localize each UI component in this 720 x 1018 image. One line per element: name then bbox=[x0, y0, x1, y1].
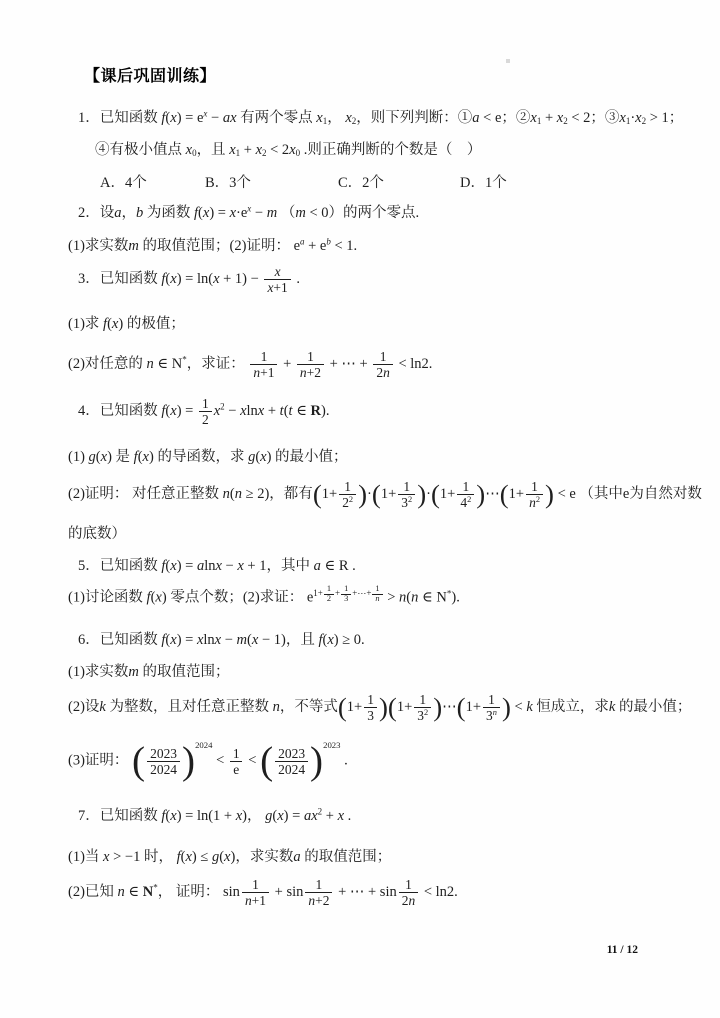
fraction: xx+1 bbox=[264, 264, 290, 295]
text-run: < ln2. bbox=[395, 356, 433, 372]
xl-paren: ( bbox=[260, 740, 273, 783]
denominator: 2n bbox=[399, 892, 418, 908]
text-run: < 2；③ bbox=[568, 110, 620, 126]
numerator: 1 bbox=[372, 585, 382, 594]
text-run: > bbox=[384, 590, 399, 606]
denominator: 3n bbox=[483, 707, 500, 723]
big-paren: ) bbox=[433, 692, 442, 722]
superscript: n bbox=[493, 708, 497, 717]
denominator: 2024 bbox=[275, 761, 308, 777]
text-run: 恒成立，求 bbox=[533, 699, 609, 715]
text-run: ∈ R . bbox=[321, 558, 356, 574]
big-paren: ) bbox=[545, 479, 554, 509]
math-bold: R bbox=[311, 403, 321, 419]
text-run: (2)证明： 对任意正整数 bbox=[68, 486, 223, 502]
math-bold: N bbox=[143, 884, 153, 900]
numerator: 2023 bbox=[275, 746, 308, 761]
denominator: n+1 bbox=[242, 892, 269, 908]
text-run: + e bbox=[305, 238, 327, 254]
big-paren: ) bbox=[358, 479, 367, 509]
numerator: 1 bbox=[313, 877, 326, 892]
text-run: ) = ln(1 + bbox=[177, 808, 236, 824]
text-run: (1)求 bbox=[68, 316, 103, 332]
text-run: ) ≥ 0. bbox=[334, 632, 365, 648]
text-run: . bbox=[293, 271, 300, 287]
fraction: 12n bbox=[399, 877, 418, 908]
fraction: 1e bbox=[230, 746, 243, 777]
text-run: ∈ N bbox=[418, 590, 446, 606]
denominator: n+1 bbox=[250, 364, 277, 380]
text-run: 1 bbox=[327, 584, 331, 593]
text-run: ， bbox=[122, 205, 137, 221]
big-paren: ( bbox=[313, 479, 322, 509]
text-run: ln bbox=[247, 403, 258, 419]
problem-1-line-1: 1．已知函数 f(x) = ex − ax 有两个零点 x1， x2，则下列判断… bbox=[78, 108, 683, 129]
math-variable: a bbox=[472, 110, 479, 126]
text-run: 的最小值； bbox=[615, 699, 691, 715]
text-run: 2 bbox=[202, 412, 209, 427]
big-paren: ( bbox=[338, 692, 347, 722]
text-run: < e；② bbox=[480, 110, 531, 126]
fraction: 1n+2 bbox=[305, 877, 332, 908]
numerator: 2023 bbox=[147, 746, 180, 761]
text-run: ). bbox=[321, 403, 329, 419]
problem-4-sub-2: (2)证明： 对任意正整数 n(n ≥ 2)，都有(1+122)·(1+132)… bbox=[68, 479, 702, 510]
math-variable: m bbox=[267, 205, 277, 221]
superscript: 2 bbox=[408, 495, 412, 504]
text-run: 1 bbox=[405, 877, 412, 892]
fraction: 12n bbox=[373, 349, 392, 380]
fraction: 13 bbox=[364, 692, 377, 723]
problem-4-line-3: 的底数） bbox=[68, 524, 126, 545]
text-run: . bbox=[340, 753, 347, 769]
text-run: ) ≤ bbox=[192, 849, 212, 865]
text-run: − bbox=[207, 110, 222, 126]
text-run: 1+ bbox=[347, 699, 362, 715]
problem-7-sub-2: (2)已知 n ∈ N*， 证明： sin1n+1 + sin1n+2 + ⋯ … bbox=[68, 877, 458, 908]
text-run: +1 bbox=[273, 280, 287, 295]
numerator: 1 bbox=[304, 349, 317, 364]
text-run: + bbox=[264, 403, 279, 419]
denominator: x+1 bbox=[264, 279, 290, 295]
fraction: 20232024 bbox=[275, 746, 308, 777]
section-header: 【课后巩固训练】 bbox=[84, 66, 216, 87]
problem-6-sub-3: (3)证明： (20232024)2024 < 1e < (20232024)2… bbox=[68, 745, 348, 777]
text-run: ) = bbox=[209, 205, 229, 221]
text-run: 【课后巩固训练】 bbox=[84, 68, 216, 85]
problem-4-line-1: 4．已知函数 f(x) = 12x2 − xlnx + t(t ∈ R). bbox=[78, 396, 330, 427]
text-run: 1 bbox=[462, 479, 469, 494]
text-run: + sin bbox=[271, 884, 303, 900]
text-run: 的取值范围； bbox=[301, 849, 392, 865]
problem-7-sub-1: (1)当 x > −1 时， f(x) ≤ g(x)，求实数a 的取值范围； bbox=[68, 847, 391, 868]
fraction: 1n+2 bbox=[297, 349, 324, 380]
denominator: 32 bbox=[414, 707, 431, 723]
fraction: 1n2 bbox=[526, 479, 543, 510]
text-run: 3 bbox=[367, 708, 374, 723]
choice-b: B．3个 bbox=[205, 173, 251, 194]
text-run: . bbox=[344, 808, 351, 824]
text-run: + ⋯ + bbox=[326, 356, 371, 372]
text-run: ) = bbox=[177, 632, 197, 648]
text-run: 1+ bbox=[397, 699, 412, 715]
math-variable: g bbox=[89, 449, 96, 465]
problem-1-line-2: ④有极小值点 x0，且 x1 + x2 < 2x0 .则正确判断的个数是（ ） bbox=[95, 140, 481, 161]
text-run: 2023 bbox=[323, 740, 340, 750]
text-run: 有两个零点 bbox=[237, 110, 317, 126]
denominator: e bbox=[230, 761, 242, 777]
fraction: 13 bbox=[341, 585, 351, 604]
text-run: 2 bbox=[349, 495, 353, 504]
denominator: n+2 bbox=[297, 364, 324, 380]
text-run: ，求证： bbox=[187, 356, 249, 372]
xl-paren: ) bbox=[310, 740, 323, 783]
math-variable: n bbox=[273, 699, 280, 715]
text-run: ln bbox=[204, 558, 215, 574]
text-run: ⋯ bbox=[485, 486, 500, 502]
text-run: ·e bbox=[236, 205, 247, 221]
text-run: > 1； bbox=[646, 110, 683, 126]
text-run: 的取值范围； bbox=[139, 664, 230, 680]
text-run: ， 证明： sin bbox=[158, 884, 240, 900]
numerator: 1 bbox=[364, 692, 377, 707]
text-run: ). bbox=[451, 590, 459, 606]
text-run: (1)讨论函数 bbox=[68, 590, 147, 606]
math-variable: m bbox=[128, 664, 138, 680]
problem-5-sub-1-2: (1)讨论函数 f(x) 零点个数；(2)求证： e1+12+13+⋯+1n >… bbox=[68, 585, 460, 609]
text-run: 1 bbox=[531, 479, 538, 494]
text-run: 1 bbox=[488, 692, 495, 707]
numerator: 1 bbox=[400, 479, 413, 494]
numerator: 1 bbox=[230, 746, 243, 761]
text-run: < bbox=[511, 699, 526, 715]
choice-c: C．2个 bbox=[338, 173, 384, 194]
text-run: +2 bbox=[307, 365, 321, 380]
math-variable: n bbox=[118, 884, 125, 900]
text-run: .则正确判断的个数是（ ） bbox=[300, 142, 481, 158]
text-run: ) = bbox=[177, 558, 197, 574]
choice-a: A．4个 bbox=[100, 173, 147, 194]
text-run: 1 bbox=[403, 479, 410, 494]
text-run: 1 bbox=[344, 584, 348, 593]
text-run: ) 的极值； bbox=[118, 316, 184, 332]
text-run: 1+ bbox=[509, 486, 524, 502]
text-run: + 1，其中 bbox=[244, 558, 314, 574]
math-variable: m bbox=[237, 632, 247, 648]
text-run: ，且 bbox=[197, 142, 230, 158]
math-variable: n bbox=[493, 708, 497, 717]
denominator: 3 bbox=[341, 594, 351, 604]
math-variable: n bbox=[375, 594, 379, 603]
text-run: +1 bbox=[252, 893, 266, 908]
numerator: 1 bbox=[528, 479, 541, 494]
denominator: n+2 bbox=[305, 892, 332, 908]
text-run: +2 bbox=[315, 893, 329, 908]
text-run: < bbox=[245, 753, 260, 769]
text-run: 1 bbox=[307, 349, 314, 364]
text-run: （ bbox=[277, 205, 295, 221]
math-variable: m bbox=[295, 205, 305, 221]
text-run: 1 bbox=[316, 877, 323, 892]
fraction: 1n+1 bbox=[242, 877, 269, 908]
text-run: 4．已知函数 bbox=[78, 403, 161, 419]
problem-2-line-2: (1)求实数m 的取值范围；(2)证明： ea + eb < 1. bbox=[68, 236, 357, 257]
text-run: > −1 时， bbox=[109, 849, 176, 865]
text-run: (1)求实数 bbox=[68, 238, 128, 254]
text-run: + bbox=[541, 110, 556, 126]
problem-6-line-1: 6．已知函数 f(x) = xlnx − m(x − 1)，且 f(x) ≥ 0… bbox=[78, 630, 365, 651]
numerator: 1 bbox=[377, 349, 390, 364]
math-variable: x bbox=[275, 264, 281, 279]
text-run: 1 bbox=[261, 349, 268, 364]
text-run: < 2 bbox=[267, 142, 290, 158]
text-run: (1) bbox=[68, 449, 89, 465]
big-paren: ) bbox=[502, 692, 511, 722]
numerator: 1 bbox=[402, 877, 415, 892]
numerator: 1 bbox=[459, 479, 472, 494]
xl-paren: ) bbox=[182, 740, 195, 783]
text-run: ≥ 2)，都有 bbox=[242, 486, 313, 502]
problem-3-sub-2: (2)对任意的 n ∈ N*，求证： 1n+1 + 1n+2 + ⋯ + 12n… bbox=[68, 349, 432, 380]
text-run: 1 bbox=[233, 746, 240, 761]
text-run: 2024 bbox=[195, 740, 212, 750]
text-run: ) = bbox=[284, 808, 304, 824]
math-variable: m bbox=[128, 238, 138, 254]
text-run: 3 bbox=[344, 594, 348, 603]
text-run: ) 是 bbox=[107, 449, 134, 465]
big-paren: ) bbox=[417, 479, 426, 509]
math-variable: n bbox=[408, 893, 415, 908]
text-run: + bbox=[322, 808, 337, 824]
fraction: 12 bbox=[324, 585, 334, 604]
denominator: 2 bbox=[324, 594, 334, 604]
big-paren: ( bbox=[457, 692, 466, 722]
text-run: ) 的最小值； bbox=[267, 449, 348, 465]
superscript: 2 bbox=[424, 708, 428, 717]
text-run: 2 bbox=[408, 495, 412, 504]
text-run: − bbox=[222, 558, 237, 574]
fraction: 13n bbox=[483, 692, 500, 723]
text-run: )，求实数 bbox=[230, 849, 293, 865]
numerator: 1 bbox=[341, 479, 354, 494]
numerator: 1 bbox=[199, 396, 212, 411]
text-run: ④有极小值点 bbox=[95, 142, 186, 158]
fraction: 12 bbox=[199, 396, 212, 427]
text-run: 1+ bbox=[381, 486, 396, 502]
text-run: 2 bbox=[424, 708, 428, 717]
math-variable: n bbox=[147, 356, 154, 372]
text-run: ∈ bbox=[293, 403, 311, 419]
text-run: ) 的导函数，求 bbox=[149, 449, 248, 465]
text-run: 7．已知函数 bbox=[78, 808, 161, 824]
text-run: + bbox=[279, 356, 294, 372]
math-variable: n bbox=[529, 495, 536, 510]
text-run: − bbox=[221, 632, 236, 648]
superscript: 1+12+13+⋯+1n bbox=[313, 588, 383, 598]
problem-6-sub-1: (1)求实数m 的取值范围； bbox=[68, 662, 230, 683]
math-variable: a bbox=[114, 205, 121, 221]
problem-2-line-1: 2．设a，b 为函数 f(x) = x·ex − m （m < 0）的两个零点. bbox=[78, 203, 419, 224]
text-run: 1 bbox=[252, 877, 259, 892]
text-run: < 1. bbox=[331, 238, 357, 254]
text-run: ∈ bbox=[125, 884, 143, 900]
text-run: 1+ bbox=[440, 486, 455, 502]
text-run: 1 bbox=[367, 692, 374, 707]
text-run: 1+ bbox=[322, 486, 337, 502]
text-run: 1 bbox=[419, 692, 426, 707]
text-run: (3)证明： bbox=[68, 753, 132, 769]
text-run: 为函数 bbox=[143, 205, 194, 221]
text-run: ，不等式 bbox=[280, 699, 338, 715]
problem-6-sub-2: (2)设k 为整数，且对任意正整数 n，不等式(1+13)(1+132)⋯(1+… bbox=[68, 692, 691, 723]
denominator: 22 bbox=[339, 494, 356, 510]
text-run: ) = bbox=[177, 403, 197, 419]
problem-3-sub-1: (1)求 f(x) 的极值； bbox=[68, 314, 185, 335]
text-run: < 0）的两个零点. bbox=[306, 205, 419, 221]
denominator: n bbox=[372, 594, 382, 604]
text-run: ) = e bbox=[177, 110, 204, 126]
text-run: 1 bbox=[344, 479, 351, 494]
text-run: 1 bbox=[202, 396, 209, 411]
text-run: (2)已知 bbox=[68, 884, 118, 900]
denominator: 3 bbox=[364, 707, 377, 723]
numerator: 1 bbox=[341, 585, 351, 594]
big-paren: ( bbox=[372, 479, 381, 509]
document-page: 11 / 12 【课后巩固训练】1．已知函数 f(x) = ex − ax 有两… bbox=[0, 0, 720, 1018]
text-run: 2024 bbox=[278, 762, 305, 777]
denominator: 2n bbox=[373, 364, 392, 380]
text-run: 2．设 bbox=[78, 205, 114, 221]
text-run: 3 bbox=[401, 495, 408, 510]
problem-3-line-1: 3．已知函数 f(x) = ln(x + 1) − xx+1 . bbox=[78, 264, 300, 295]
fraction: 1n bbox=[372, 585, 382, 604]
text-run: (2)对任意的 bbox=[68, 356, 147, 372]
text-run: 1．已知函数 bbox=[78, 110, 161, 126]
math-variable: n bbox=[383, 365, 390, 380]
text-run: 2023 bbox=[150, 746, 177, 761]
xl-paren: ( bbox=[132, 740, 145, 783]
math-variable: n bbox=[235, 486, 242, 502]
text-run: 3 bbox=[486, 708, 493, 723]
text-run: 2 bbox=[536, 495, 540, 504]
text-run: 1+ bbox=[466, 699, 481, 715]
math-variable: ax bbox=[304, 808, 318, 824]
text-run: 2023 bbox=[278, 746, 305, 761]
text-run: ⋯ bbox=[442, 699, 457, 715]
denominator: n2 bbox=[526, 494, 543, 510]
text-run: + 1) − bbox=[220, 271, 263, 287]
big-paren: ( bbox=[431, 479, 440, 509]
superscript: 2 bbox=[536, 495, 540, 504]
superscript: 2 bbox=[349, 495, 353, 504]
big-paren: ( bbox=[500, 479, 509, 509]
text-run: + ⋯ + sin bbox=[334, 884, 396, 900]
math-variable: ax bbox=[223, 110, 237, 126]
problem-7-line-1: 7．已知函数 f(x) = ln(1 + x)， g(x) = ax2 + x … bbox=[78, 806, 351, 827]
big-paren: ) bbox=[379, 692, 388, 722]
choice-d: D．1个 bbox=[460, 173, 507, 194]
text-run: 2024 bbox=[150, 762, 177, 777]
text-run: ， bbox=[327, 110, 345, 126]
text-run: )， bbox=[242, 808, 265, 824]
fraction: 122 bbox=[339, 479, 356, 510]
denominator: 2 bbox=[199, 411, 212, 427]
text-run: < e （其中e为自然对数 bbox=[554, 486, 702, 502]
big-paren: ( bbox=[388, 692, 397, 722]
problem-4-sub-1: (1) g(x) 是 f(x) 的导函数，求 g(x) 的最小值； bbox=[68, 447, 348, 468]
numerator: 1 bbox=[258, 349, 271, 364]
text-run: − 1)，且 bbox=[258, 632, 318, 648]
denominator: 32 bbox=[398, 494, 415, 510]
text-run: + bbox=[240, 142, 255, 158]
fraction: 132 bbox=[414, 692, 431, 723]
text-run: e bbox=[233, 762, 239, 777]
text-run: 3 bbox=[417, 708, 424, 723]
text-run: ∈ N bbox=[154, 356, 182, 372]
fraction: 132 bbox=[398, 479, 415, 510]
page-number: 11 / 12 bbox=[607, 944, 638, 956]
text-run: − bbox=[251, 205, 266, 221]
text-run: 1+ bbox=[313, 588, 323, 598]
text-run: < ln2. bbox=[420, 884, 458, 900]
big-paren: ) bbox=[476, 479, 485, 509]
numerator: 1 bbox=[485, 692, 498, 707]
fraction: 1n+1 bbox=[250, 349, 277, 380]
superscript: 2 bbox=[467, 495, 471, 504]
scan-artifact-dot bbox=[506, 59, 510, 63]
text-run: 1 bbox=[380, 349, 387, 364]
text-run: + bbox=[335, 588, 340, 598]
text-run: < bbox=[212, 753, 227, 769]
text-run: − bbox=[225, 403, 240, 419]
math-variable: n bbox=[245, 893, 252, 908]
text-run: 2 bbox=[342, 495, 349, 510]
text-run: 为整数，且对任意正整数 bbox=[106, 699, 273, 715]
text-run: ln bbox=[203, 632, 214, 648]
text-run: 6．已知函数 bbox=[78, 632, 161, 648]
text-run: ，则下列判断：① bbox=[356, 110, 472, 126]
math-variable: n bbox=[300, 365, 307, 380]
text-run: 5．已知函数 bbox=[78, 558, 161, 574]
text-run: +⋯+ bbox=[352, 588, 371, 598]
numerator: x bbox=[272, 264, 284, 279]
math-variable: a bbox=[314, 558, 321, 574]
math-variable: n bbox=[223, 486, 230, 502]
denominator: 42 bbox=[457, 494, 474, 510]
problem-5-line-1: 5．已知函数 f(x) = alnx − x + 1，其中 a ∈ R . bbox=[78, 556, 356, 577]
text-run: 3．已知函数 bbox=[78, 271, 161, 287]
text-run: 1 bbox=[375, 584, 379, 593]
math-variable: a bbox=[293, 849, 300, 865]
text-run: 2 bbox=[327, 594, 331, 603]
text-run: (2)设 bbox=[68, 699, 99, 715]
fraction: 142 bbox=[457, 479, 474, 510]
text-run: (1)求实数 bbox=[68, 664, 128, 680]
fraction: 20232024 bbox=[147, 746, 180, 777]
text-run: 2 bbox=[467, 495, 471, 504]
text-run: 的取值范围；(2)证明： e bbox=[139, 238, 300, 254]
text-run: 的底数） bbox=[68, 526, 126, 542]
text-run: +1 bbox=[260, 365, 274, 380]
numerator: 1 bbox=[416, 692, 429, 707]
text-run: (1)当 bbox=[68, 849, 103, 865]
text-run: ) = ln( bbox=[177, 271, 213, 287]
denominator: 2024 bbox=[147, 761, 180, 777]
numerator: 1 bbox=[249, 877, 262, 892]
numerator: 1 bbox=[324, 585, 334, 594]
text-run: ) 零点个数；(2)求证： e bbox=[162, 590, 313, 606]
